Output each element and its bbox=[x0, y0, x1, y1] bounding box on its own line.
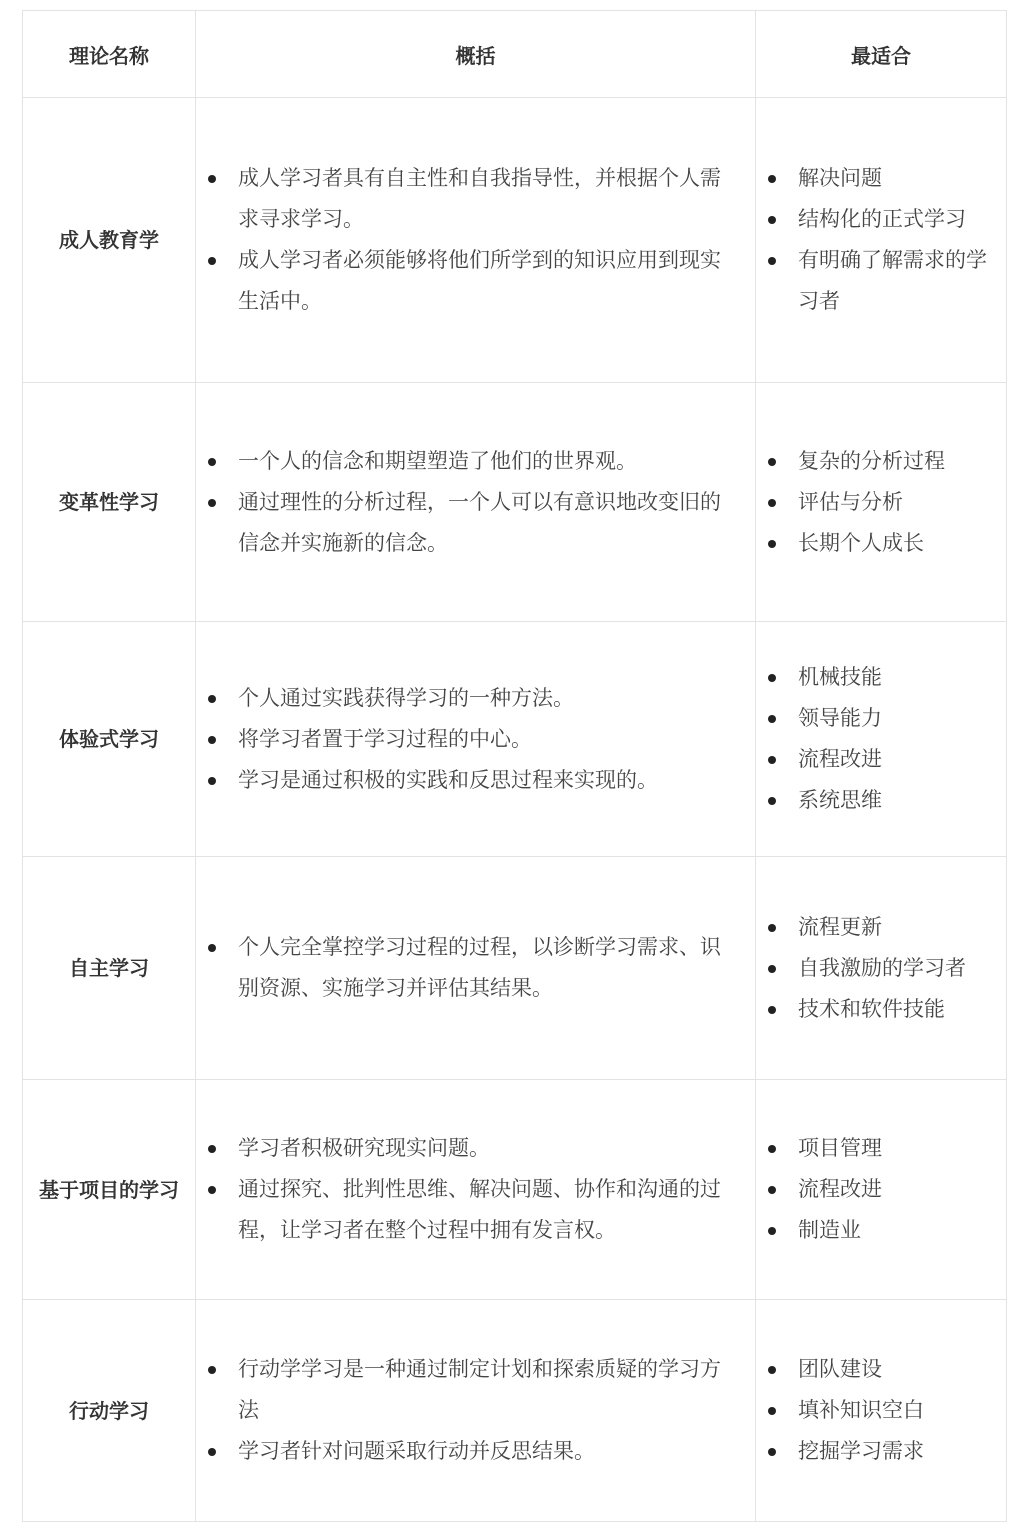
bullet-dot-icon bbox=[208, 1186, 216, 1194]
learning-theories-table: 理论名称 概括 最适合 成人教育学 成人学习者具有自主性和自我指导性，并根据个人… bbox=[22, 10, 1007, 1522]
list-item-text: 领导能力 bbox=[798, 706, 882, 730]
list-item: 成人学习者必须能够将他们所学到的知识应用到现实生活中。 bbox=[208, 240, 739, 322]
list-item-text: 项目管理 bbox=[798, 1136, 882, 1160]
table-row: 基于项目的学习 学习者积极研究现实问题。 通过探究、批判性思维、解决问题、协作和… bbox=[23, 1080, 1007, 1300]
list-item-text: 填补知识空白 bbox=[798, 1398, 924, 1422]
list-item-text: 自我激励的学习者 bbox=[798, 956, 966, 980]
bullet-dot-icon bbox=[208, 458, 216, 466]
bullet-dot-icon bbox=[768, 175, 776, 183]
list-item-text: 行动学学习是一种通过制定计划和探索质疑的学习方法 bbox=[238, 1357, 721, 1422]
list-item: 解决问题 bbox=[768, 158, 996, 199]
list-item-text: 结构化的正式学习 bbox=[798, 207, 966, 231]
bullet-dot-icon bbox=[768, 216, 776, 224]
list-item: 通过理性的分析过程，一个人可以有意识地改变旧的信念并实施新的信念。 bbox=[208, 482, 739, 564]
bullet-dot-icon bbox=[208, 175, 216, 183]
list-item-text: 通过探究、批判性思维、解决问题、协作和沟通的过程，让学习者在整个过程中拥有发言权… bbox=[238, 1177, 721, 1242]
list-item-text: 系统思维 bbox=[798, 788, 882, 812]
theory-name: 行动学习 bbox=[23, 1300, 196, 1522]
table-row: 体验式学习 个人通过实践获得学习的一种方法。 将学习者置于学习过程的中心。 学习… bbox=[23, 622, 1007, 857]
list-item: 学习者针对问题采取行动并反思结果。 bbox=[208, 1431, 739, 1472]
bullet-dot-icon bbox=[208, 1366, 216, 1374]
bullet-dot-icon bbox=[768, 1366, 776, 1374]
table-header-row: 理论名称 概括 最适合 bbox=[23, 11, 1007, 98]
list-item-text: 复杂的分析过程 bbox=[798, 449, 945, 473]
theory-name: 成人教育学 bbox=[23, 98, 196, 383]
list-item-text: 流程改进 bbox=[798, 747, 882, 771]
theory-summary: 个人通过实践获得学习的一种方法。 将学习者置于学习过程的中心。 学习是通过积极的… bbox=[196, 622, 756, 857]
list-item: 有明确了解需求的学习者 bbox=[768, 240, 996, 322]
bullet-dot-icon bbox=[208, 944, 216, 952]
table-row: 成人教育学 成人学习者具有自主性和自我指导性，并根据个人需求寻求学习。 成人学习… bbox=[23, 98, 1007, 383]
bullet-dot-icon bbox=[768, 458, 776, 466]
bullet-dot-icon bbox=[768, 674, 776, 682]
list-item: 长期个人成长 bbox=[768, 523, 996, 564]
list-item-text: 团队建设 bbox=[798, 1357, 882, 1381]
bullet-dot-icon bbox=[208, 257, 216, 265]
list-item-text: 技术和软件技能 bbox=[798, 997, 945, 1021]
theory-summary: 一个人的信念和期望塑造了他们的世界观。 通过理性的分析过程，一个人可以有意识地改… bbox=[196, 383, 756, 622]
table-row: 自主学习 个人完全掌控学习过程的过程，以诊断学习需求、识别资源、实施学习并评估其… bbox=[23, 857, 1007, 1080]
list-item-text: 个人完全掌控学习过程的过程，以诊断学习需求、识别资源、实施学习并评估其结果。 bbox=[238, 935, 721, 1000]
theory-name: 基于项目的学习 bbox=[23, 1080, 196, 1300]
list-item-text: 学习者针对问题采取行动并反思结果。 bbox=[238, 1439, 595, 1463]
bullet-dot-icon bbox=[208, 1145, 216, 1153]
list-item: 项目管理 bbox=[768, 1128, 996, 1169]
list-item-text: 评估与分析 bbox=[798, 490, 903, 514]
summary-list: 一个人的信念和期望塑造了他们的世界观。 通过理性的分析过程，一个人可以有意识地改… bbox=[208, 441, 739, 564]
bullet-dot-icon bbox=[208, 499, 216, 507]
list-item: 流程改进 bbox=[768, 1169, 996, 1210]
list-item-text: 通过理性的分析过程，一个人可以有意识地改变旧的信念并实施新的信念。 bbox=[238, 490, 721, 555]
best-for-list: 项目管理 流程改进 制造业 bbox=[768, 1128, 996, 1251]
best-for-list: 解决问题 结构化的正式学习 有明确了解需求的学习者 bbox=[768, 158, 996, 322]
bullet-dot-icon bbox=[768, 1448, 776, 1456]
header-theory-name: 理论名称 bbox=[23, 11, 196, 98]
theory-best-for: 流程更新 自我激励的学习者 技术和软件技能 bbox=[756, 857, 1007, 1080]
bullet-dot-icon bbox=[768, 1186, 776, 1194]
summary-list: 行动学学习是一种通过制定计划和探索质疑的学习方法 学习者针对问题采取行动并反思结… bbox=[208, 1349, 739, 1472]
list-item: 流程更新 bbox=[768, 907, 996, 948]
bullet-dot-icon bbox=[768, 257, 776, 265]
list-item-text: 机械技能 bbox=[798, 665, 882, 689]
list-item-text: 一个人的信念和期望塑造了他们的世界观。 bbox=[238, 449, 637, 473]
bullet-dot-icon bbox=[768, 540, 776, 548]
list-item-text: 成人学习者具有自主性和自我指导性，并根据个人需求寻求学习。 bbox=[238, 166, 721, 231]
bullet-dot-icon bbox=[768, 715, 776, 723]
list-item-text: 学习是通过积极的实践和反思过程来实现的。 bbox=[238, 768, 658, 792]
bullet-dot-icon bbox=[208, 736, 216, 744]
list-item-text: 流程改进 bbox=[798, 1177, 882, 1201]
table-row: 行动学习 行动学学习是一种通过制定计划和探索质疑的学习方法 学习者针对问题采取行… bbox=[23, 1300, 1007, 1522]
list-item: 个人完全掌控学习过程的过程，以诊断学习需求、识别资源、实施学习并评估其结果。 bbox=[208, 927, 739, 1009]
bullet-dot-icon bbox=[768, 756, 776, 764]
list-item: 领导能力 bbox=[768, 698, 996, 739]
list-item: 自我激励的学习者 bbox=[768, 948, 996, 989]
list-item-text: 有明确了解需求的学习者 bbox=[798, 248, 987, 313]
list-item: 一个人的信念和期望塑造了他们的世界观。 bbox=[208, 441, 739, 482]
theory-best-for: 机械技能 领导能力 流程改进 系统思维 bbox=[756, 622, 1007, 857]
list-item: 挖掘学习需求 bbox=[768, 1431, 996, 1472]
best-for-list: 流程更新 自我激励的学习者 技术和软件技能 bbox=[768, 907, 996, 1030]
list-item: 制造业 bbox=[768, 1210, 996, 1251]
list-item: 团队建设 bbox=[768, 1349, 996, 1390]
summary-list: 个人完全掌控学习过程的过程，以诊断学习需求、识别资源、实施学习并评估其结果。 bbox=[208, 927, 739, 1009]
theory-summary: 学习者积极研究现实问题。 通过探究、批判性思维、解决问题、协作和沟通的过程，让学… bbox=[196, 1080, 756, 1300]
theory-best-for: 项目管理 流程改进 制造业 bbox=[756, 1080, 1007, 1300]
list-item: 填补知识空白 bbox=[768, 1390, 996, 1431]
theory-name: 体验式学习 bbox=[23, 622, 196, 857]
list-item: 系统思维 bbox=[768, 780, 996, 821]
list-item: 复杂的分析过程 bbox=[768, 441, 996, 482]
list-item: 通过探究、批判性思维、解决问题、协作和沟通的过程，让学习者在整个过程中拥有发言权… bbox=[208, 1169, 739, 1251]
list-item: 技术和软件技能 bbox=[768, 989, 996, 1030]
theory-best-for: 解决问题 结构化的正式学习 有明确了解需求的学习者 bbox=[756, 98, 1007, 383]
list-item: 学习是通过积极的实践和反思过程来实现的。 bbox=[208, 760, 739, 801]
best-for-list: 团队建设 填补知识空白 挖掘学习需求 bbox=[768, 1349, 996, 1472]
list-item-text: 制造业 bbox=[798, 1218, 861, 1242]
theory-name: 自主学习 bbox=[23, 857, 196, 1080]
bullet-dot-icon bbox=[768, 1145, 776, 1153]
summary-list: 成人学习者具有自主性和自我指导性，并根据个人需求寻求学习。 成人学习者必须能够将… bbox=[208, 158, 739, 322]
theory-best-for: 团队建设 填补知识空白 挖掘学习需求 bbox=[756, 1300, 1007, 1522]
summary-list: 学习者积极研究现实问题。 通过探究、批判性思维、解决问题、协作和沟通的过程，让学… bbox=[208, 1128, 739, 1251]
bullet-dot-icon bbox=[208, 695, 216, 703]
bullet-dot-icon bbox=[768, 499, 776, 507]
list-item: 将学习者置于学习过程的中心。 bbox=[208, 719, 739, 760]
list-item-text: 挖掘学习需求 bbox=[798, 1439, 924, 1463]
list-item: 行动学学习是一种通过制定计划和探索质疑的学习方法 bbox=[208, 1349, 739, 1431]
learning-theories-table-container: 理论名称 概括 最适合 成人教育学 成人学习者具有自主性和自我指导性，并根据个人… bbox=[22, 10, 1006, 1522]
bullet-dot-icon bbox=[768, 797, 776, 805]
header-summary: 概括 bbox=[196, 11, 756, 98]
list-item: 结构化的正式学习 bbox=[768, 199, 996, 240]
bullet-dot-icon bbox=[768, 1227, 776, 1235]
theory-best-for: 复杂的分析过程 评估与分析 长期个人成长 bbox=[756, 383, 1007, 622]
list-item: 评估与分析 bbox=[768, 482, 996, 523]
list-item-text: 流程更新 bbox=[798, 915, 882, 939]
best-for-list: 机械技能 领导能力 流程改进 系统思维 bbox=[768, 657, 996, 821]
list-item-text: 长期个人成长 bbox=[798, 531, 924, 555]
list-item: 学习者积极研究现实问题。 bbox=[208, 1128, 739, 1169]
theory-summary: 行动学学习是一种通过制定计划和探索质疑的学习方法 学习者针对问题采取行动并反思结… bbox=[196, 1300, 756, 1522]
theory-name: 变革性学习 bbox=[23, 383, 196, 622]
list-item-text: 个人通过实践获得学习的一种方法。 bbox=[238, 686, 574, 710]
list-item: 机械技能 bbox=[768, 657, 996, 698]
table-row: 变革性学习 一个人的信念和期望塑造了他们的世界观。 通过理性的分析过程，一个人可… bbox=[23, 383, 1007, 622]
bullet-dot-icon bbox=[208, 1448, 216, 1456]
header-best-for: 最适合 bbox=[756, 11, 1007, 98]
bullet-dot-icon bbox=[768, 1006, 776, 1014]
list-item: 流程改进 bbox=[768, 739, 996, 780]
list-item-text: 将学习者置于学习过程的中心。 bbox=[238, 727, 532, 751]
theory-summary: 成人学习者具有自主性和自我指导性，并根据个人需求寻求学习。 成人学习者必须能够将… bbox=[196, 98, 756, 383]
list-item-text: 成人学习者必须能够将他们所学到的知识应用到现实生活中。 bbox=[238, 248, 721, 313]
summary-list: 个人通过实践获得学习的一种方法。 将学习者置于学习过程的中心。 学习是通过积极的… bbox=[208, 678, 739, 801]
bullet-dot-icon bbox=[208, 777, 216, 785]
list-item-text: 解决问题 bbox=[798, 166, 882, 190]
bullet-dot-icon bbox=[768, 1407, 776, 1415]
list-item-text: 学习者积极研究现实问题。 bbox=[238, 1136, 490, 1160]
bullet-dot-icon bbox=[768, 924, 776, 932]
list-item: 个人通过实践获得学习的一种方法。 bbox=[208, 678, 739, 719]
bullet-dot-icon bbox=[768, 965, 776, 973]
list-item: 成人学习者具有自主性和自我指导性，并根据个人需求寻求学习。 bbox=[208, 158, 739, 240]
theory-summary: 个人完全掌控学习过程的过程，以诊断学习需求、识别资源、实施学习并评估其结果。 bbox=[196, 857, 756, 1080]
best-for-list: 复杂的分析过程 评估与分析 长期个人成长 bbox=[768, 441, 996, 564]
